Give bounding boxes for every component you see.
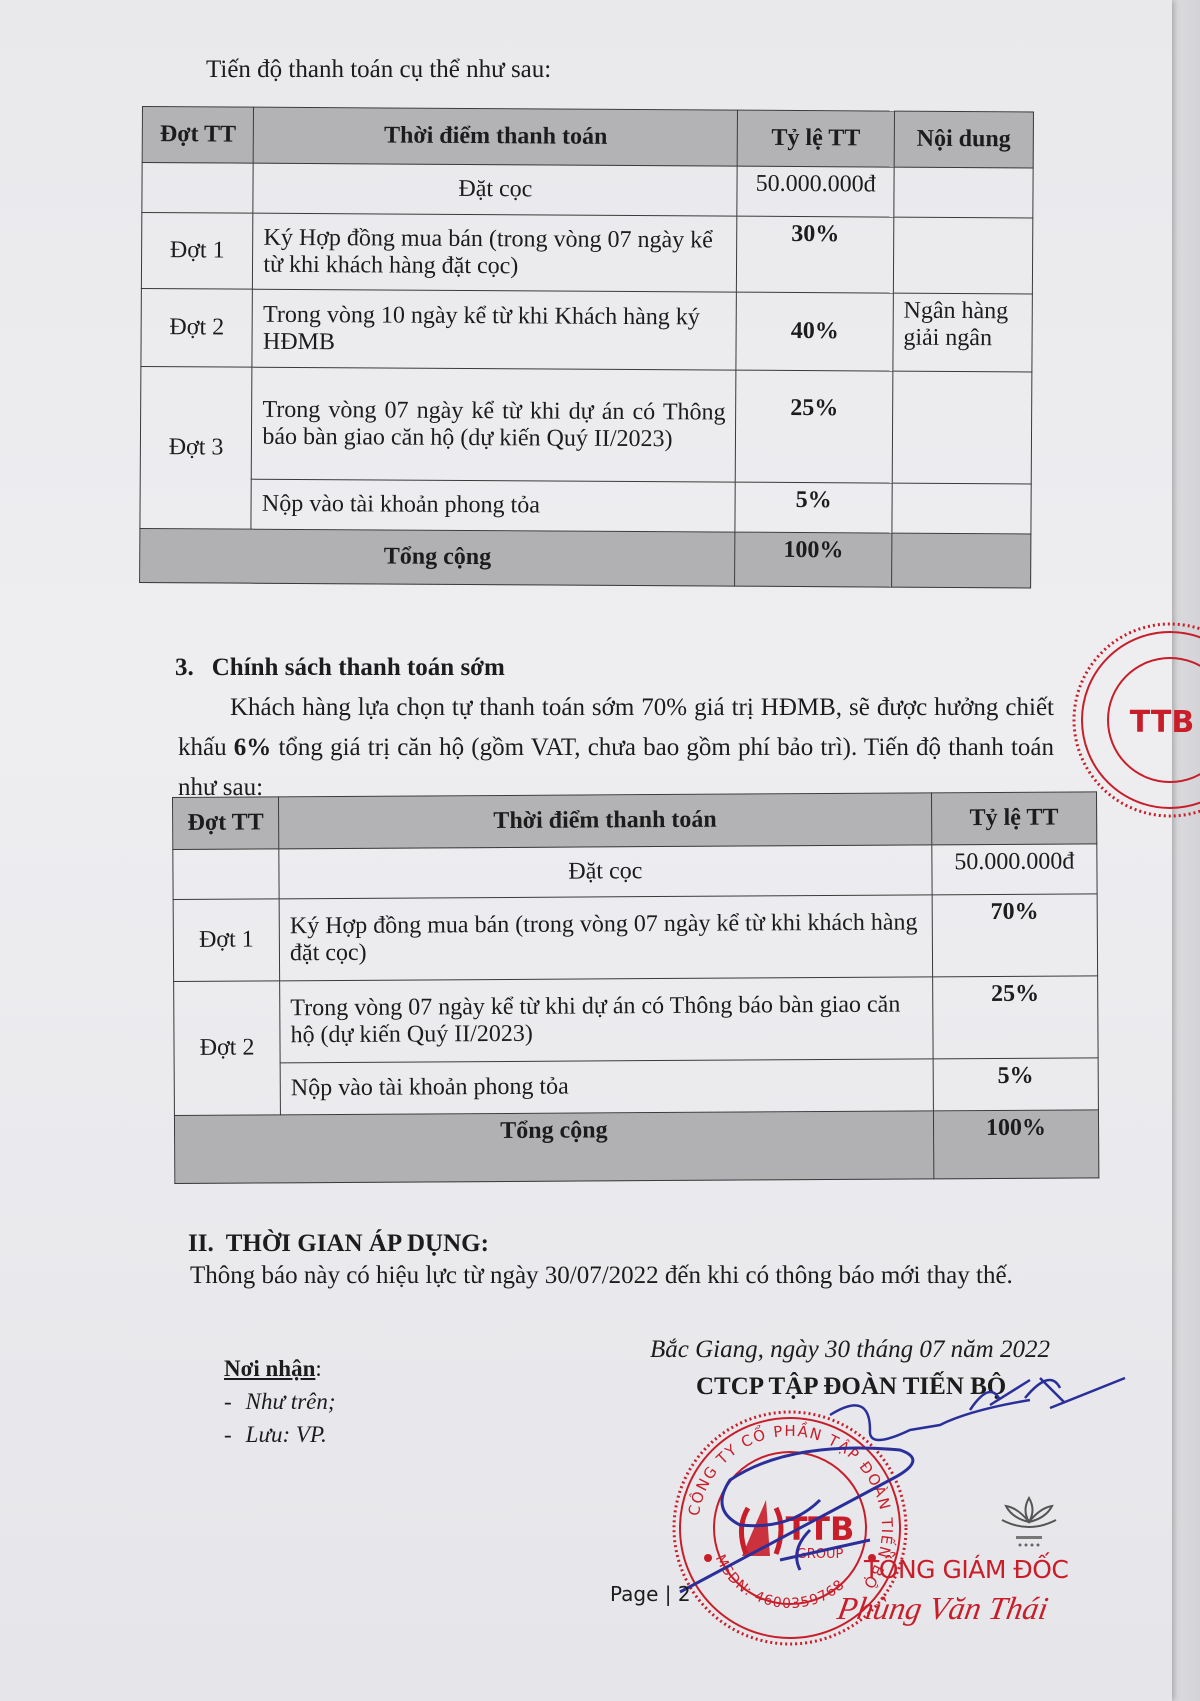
- section-3-body: Khách hàng lựa chọn tự thanh toán sớm 70…: [178, 688, 1054, 808]
- rate-cell: 25%: [736, 370, 893, 483]
- table-total-row: Tổng cộng 100%: [174, 1110, 1098, 1184]
- phase-cell: Đợt 2: [141, 288, 253, 367]
- timing-cell: Trong vòng 07 ngày kể từ khi dự án có Th…: [252, 367, 737, 482]
- table-row: Đặt cọc 50.000.000đ: [142, 163, 1033, 218]
- table-row: Đợt 2 Trong vòng 07 ngày kể từ khi dự án…: [174, 976, 1098, 1064]
- deposit-label: Đặt cọc: [279, 845, 932, 899]
- svg-text:TTB: TTB: [1130, 705, 1194, 740]
- rate-cell: 5%: [735, 482, 892, 533]
- total-rate: 100%: [735, 532, 892, 587]
- col-header: Đợt TT: [173, 797, 279, 850]
- partial-stamp: TTB: [1070, 620, 1200, 820]
- table-header-row: Đợt TT Thời điểm thanh toán Tỷ lệ TT: [173, 792, 1097, 850]
- early-payment-table: Đợt TT Thời điểm thanh toán Tỷ lệ TT Đặt…: [172, 791, 1099, 1184]
- rate-cell: 70%: [932, 894, 1098, 977]
- deposit-amount: 50.000.000đ: [737, 166, 894, 217]
- recipients-block: Nơi nhận: -Như trên; -Lưu: VP.: [224, 1352, 336, 1451]
- recipient-item: -Lưu: VP.: [224, 1418, 336, 1451]
- total-label: Tổng cộng: [140, 528, 736, 586]
- section-3-heading: 3.Chính sách thanh toán sớm: [175, 654, 505, 682]
- table-row: Nộp vào tài khoản phong tỏa 5%: [140, 478, 1031, 533]
- col-header: Đợt TT: [142, 107, 254, 164]
- table-row: Đợt 3 Trong vòng 07 ngày kể từ khi dự án…: [140, 366, 1032, 483]
- timing-cell: Ký Hợp đồng mua bán (trong vòng 07 ngày …: [253, 213, 738, 292]
- total-label: Tổng cộng: [174, 1111, 933, 1184]
- note-cell: [893, 217, 1033, 294]
- col-header: Thời điểm thanh toán: [254, 107, 738, 166]
- timing-cell: Nộp vào tài khoản phong tỏa: [280, 1059, 933, 1115]
- signer-position: TỔNG GIÁM ĐỐC: [864, 1555, 1068, 1584]
- section-ii-heading: II.THỜI GIAN ÁP DỤNG:: [188, 1230, 489, 1258]
- phase-cell: Đợt 1: [173, 899, 280, 982]
- payment-schedule-table: Đợt TT Thời điểm thanh toán Tỷ lệ TT Nội…: [139, 106, 1034, 588]
- phase-cell: Đợt 1: [141, 213, 253, 290]
- note-cell: [892, 371, 1032, 484]
- deposit-label: Đặt cọc: [253, 163, 737, 216]
- recipients-label: Nơi nhận: [224, 1356, 315, 1381]
- table-row: Đợt 1 Ký Hợp đồng mua bán (trong vòng 07…: [141, 213, 1032, 294]
- timing-cell: Ký Hợp đồng mua bán (trong vòng 07 ngày …: [279, 895, 932, 981]
- timing-cell: Trong vòng 07 ngày kể từ khi dự án có Th…: [280, 977, 933, 1063]
- stamp-logo: TTB: [786, 1510, 855, 1548]
- recipient-item: -Như trên;: [224, 1385, 336, 1418]
- intro-text: Tiến độ thanh toán cụ thể như sau:: [206, 56, 551, 84]
- col-header: Nội dung: [894, 111, 1034, 168]
- deposit-amount: 50.000.000đ: [932, 844, 1098, 895]
- lotus-logo-icon: [998, 1492, 1060, 1552]
- initial-signature: [1020, 1358, 1130, 1418]
- phase-cell: Đợt 2: [174, 981, 281, 1116]
- note-cell: [892, 483, 1032, 534]
- table-header-row: Đợt TT Thời điểm thanh toán Tỷ lệ TT Nội…: [142, 107, 1033, 168]
- rate-cell: 5%: [933, 1058, 1099, 1111]
- table-row: Đợt 1 Ký Hợp đồng mua bán (trong vòng 07…: [173, 894, 1097, 982]
- section-ii-body: Thông báo này có hiệu lực từ ngày 30/07/…: [190, 1262, 1013, 1290]
- rate-cell: 40%: [736, 292, 893, 371]
- document-page: Tiến độ thanh toán cụ thể như sau: Đợt T…: [0, 0, 1172, 1701]
- signer-name: Phùng Văn Thái: [835, 1590, 1051, 1627]
- page-number: Page | 2: [610, 1582, 691, 1606]
- phase-cell: Đợt 3: [140, 366, 252, 529]
- company-name: CTCP TẬP ĐOÀN TIẾN BỘ: [696, 1373, 1006, 1401]
- table-row: Đặt cọc 50.000.000đ: [173, 844, 1097, 900]
- col-header: Tỷ lệ TT: [738, 110, 895, 167]
- table-row: Nộp vào tài khoản phong tỏa 5%: [174, 1058, 1098, 1116]
- table-row: Đợt 2 Trong vòng 10 ngày kể từ khi Khách…: [141, 288, 1032, 371]
- table-total-row: Tổng cộng 100%: [140, 528, 1031, 587]
- col-header: Thời điểm thanh toán: [279, 793, 932, 849]
- svg-text:GROUP: GROUP: [797, 1547, 844, 1562]
- timing-cell: Nộp vào tài khoản phong tỏa: [251, 479, 735, 532]
- total-rate: 100%: [933, 1110, 1099, 1179]
- note-cell: Ngân hàng giải ngân: [893, 293, 1033, 372]
- rate-cell: 30%: [737, 216, 894, 293]
- rate-cell: 25%: [932, 976, 1098, 1059]
- place-date: Bắc Giang, ngày 30 tháng 07 năm 2022: [650, 1336, 1050, 1364]
- timing-cell: Trong vòng 10 ngày kể từ khi Khách hàng …: [252, 289, 737, 370]
